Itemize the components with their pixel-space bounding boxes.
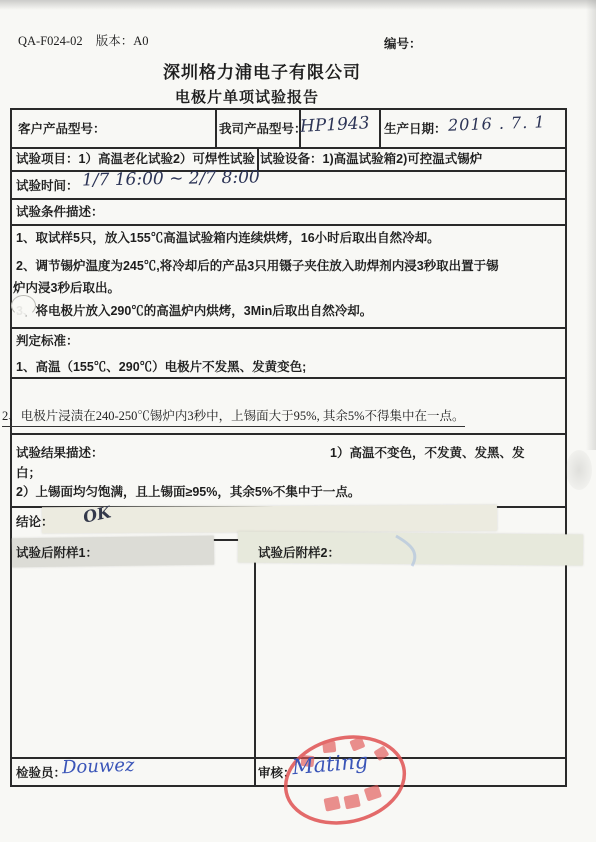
condition-line-1: 1、取试样5只，放入155℃高温试验箱内连续烘烤，16小时后取出自然冷却。	[16, 228, 440, 246]
report-title: 电极片单项试验报告	[175, 86, 319, 107]
grid-line	[12, 198, 565, 200]
our-model-label: 我司产品型号：	[219, 119, 307, 137]
grid-line	[215, 110, 217, 147]
test-items: 试验项目：1）高温老化试验2）可焊性试验	[16, 149, 255, 167]
faint-pen-mark	[390, 534, 430, 568]
condition-line-2: 2、调节锡炉温度为245℃,将冷却后的产品3只用镊子夹住放入助焊剂内浸3秒取出置…	[16, 256, 499, 274]
version-label: 版本：A0	[96, 34, 149, 48]
results-label: 试验结果描述：	[16, 443, 104, 461]
criteria-item-2: 2、电极片浸渍在240-250℃锡炉内3秒中，上锡面大于95%, 其余5%不得集…	[2, 406, 465, 427]
condition-line-3: 3、将电极片放入290℃的高温炉内烘烤，3Min后取出自然冷却。	[16, 301, 372, 319]
test-time-handwritten-value: 1/7 16:00 ~ 2/7 8:00	[82, 167, 260, 190]
sample2-label: 试验后附样2：	[258, 543, 340, 561]
criteria-item-1: 1、高温（155℃、290℃）电极片不发黑、发黄变色;	[16, 357, 306, 375]
conclusion-label: 结论：	[16, 512, 54, 530]
prod-date-handwritten-value: 2016 . 7. 1	[448, 112, 546, 134]
whiteout-smudge	[11, 295, 36, 316]
scan-smudge	[566, 450, 592, 490]
criteria-label: 判定标准：	[16, 331, 79, 349]
scanned-test-report-page: QA-F024-02 版本：A0 编号： 深圳格力浦电子有限公司 电极片单项试验…	[0, 0, 596, 842]
grid-line	[379, 110, 381, 147]
grid-line	[12, 377, 565, 379]
results-item-1a: 1）高温不变色，不发黄、发黑、发	[330, 443, 524, 461]
form-code-and-version: QA-F024-02 版本：A0	[18, 31, 149, 49]
serial-label: 编号：	[384, 34, 422, 52]
sample1-label: 试验后附样1：	[16, 543, 98, 561]
results-item-1b: 白；	[16, 463, 41, 481]
grid-line	[12, 433, 565, 435]
test-equipment: 试验设备：1)高温试验箱2)可控温式锡炉	[260, 149, 482, 167]
inspector-label: 检验员：	[16, 763, 66, 781]
condition-line-2b: 炉内浸3秒后取出。	[13, 278, 120, 296]
inspector-signature: Douwez	[62, 755, 135, 779]
prod-date-label: 生产日期：	[384, 119, 447, 137]
customer-model-label: 客户产品型号：	[18, 119, 106, 137]
form-code: QA-F024-02	[18, 34, 83, 48]
company-name: 深圳格力浦电子有限公司	[163, 58, 361, 83]
results-item-2: 2）上锡面均匀饱满，且上锡面≥95%，其余5%不集中于一点。	[16, 482, 360, 500]
grid-line	[254, 539, 256, 785]
grid-line	[12, 327, 565, 329]
conditions-label: 试验条件描述：	[16, 202, 104, 220]
red-approval-stamp	[278, 730, 413, 830]
our-model-handwritten-value: HP1943	[300, 113, 370, 137]
grid-line	[12, 224, 565, 226]
test-time-label: 试验时间：	[16, 176, 79, 194]
